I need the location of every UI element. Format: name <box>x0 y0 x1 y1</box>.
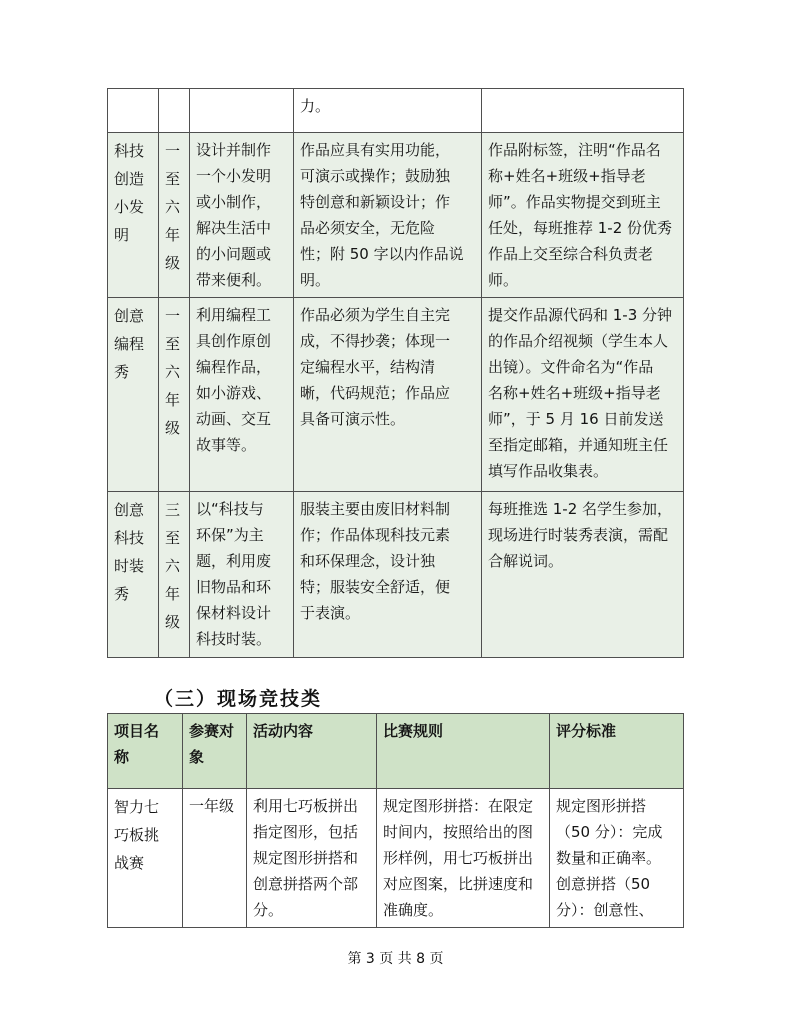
grade-range-cell: 一 至 六 年 级 <box>159 298 190 492</box>
table-row-continuation: 力。 <box>108 89 684 133</box>
table-cell: 力。 <box>294 89 482 133</box>
activity-content-cell: 利用编程工 具创作原创 编程作品， 如小游戏、 动画、交互 故事等。 <box>190 298 294 492</box>
submission-cell: 作品附标签，注明“作品名 称+姓名+班级+指导老 师”。作品实物提交到班主 任处… <box>482 133 684 298</box>
project-name-cell: 智力七 巧板挑 战赛 <box>108 789 183 928</box>
table-row-tangram-challenge: 智力七 巧板挑 战赛 一年级 利用七巧板拼出 指定图形，包括 规定图形拼搭和 创… <box>108 789 684 928</box>
table-cell <box>190 89 294 133</box>
project-name-cell: 科技 创造 小发 明 <box>108 133 159 298</box>
section-heading: （三）现场竞技类 <box>154 684 322 711</box>
project-name-cell: 创意 科技 时装 秀 <box>108 492 159 658</box>
table-cell <box>108 89 159 133</box>
activity-content-cell: 设计并制作 一个小发明 或小制作， 解决生活中 的小问题或 带来便利。 <box>190 133 294 298</box>
column-header-project-name: 项目名 称 <box>108 714 183 789</box>
competition-rules-cell: 规定图形拼搭：在限定 时间内，按照给出的图 形样例，用七巧板拼出 对应图案，比拼… <box>377 789 550 928</box>
scoring-criteria-cell: 规定图形拼搭 （50 分）：完成 数量和正确率。 创意拼搭（50 分）：创意性、 <box>550 789 684 928</box>
grade-range-cell: 三 至 六 年 级 <box>159 492 190 658</box>
table-row-tech-fashion: 创意 科技 时装 秀 三 至 六 年 级 以“科技与 环保”为主 题，利用废 旧… <box>108 492 684 658</box>
column-header-participants: 参赛对 象 <box>183 714 247 789</box>
table-row-creative-coding: 创意 编程 秀 一 至 六 年 级 利用编程工 具创作原创 编程作品， 如小游戏… <box>108 298 684 492</box>
requirements-cell: 作品必须为学生自主完 成，不得抄袭；体现一 定编程水平，结构清 晰，代码规范；作… <box>294 298 482 492</box>
column-header-competition-rules: 比赛规则 <box>377 714 550 789</box>
table-row-tech-invention: 科技 创造 小发 明 一 至 六 年 级 设计并制作 一个小发明 或小制作， 解… <box>108 133 684 298</box>
submission-cell: 每班推选 1-2 名学生参加， 现场进行时装秀表演，需配 合解说词。 <box>482 492 684 658</box>
requirements-cell: 作品应具有实用功能， 可演示或操作；鼓励独 特创意和新颖设计；作 品必须安全，无… <box>294 133 482 298</box>
onsite-competition-table: 项目名 称 参赛对 象 活动内容 比赛规则 评分标准 智力七 巧板挑 战赛 一年… <box>107 713 684 928</box>
activity-content-cell: 利用七巧板拼出 指定图形，包括 规定图形拼搭和 创意拼搭两个部 分。 <box>247 789 377 928</box>
submitted-works-table: 力。 科技 创造 小发 明 一 至 六 年 级 设计并制作 一个小发明 或小制作… <box>107 88 684 658</box>
project-name-cell: 创意 编程 秀 <box>108 298 159 492</box>
requirements-cell: 服装主要由废旧材料制 作；作品体现科技元素 和环保理念，设计独 特；服装安全舒适… <box>294 492 482 658</box>
table-cell <box>159 89 190 133</box>
column-header-scoring-criteria: 评分标准 <box>550 714 684 789</box>
column-header-activity-content: 活动内容 <box>247 714 377 789</box>
table-cell <box>482 89 684 133</box>
page-number: 第 3 页 共 8 页 <box>0 948 791 968</box>
participants-cell: 一年级 <box>183 789 247 928</box>
submission-cell: 提交作品源代码和 1-3 分钟 的作品介绍视频（学生本人 出镜）。文件命名为“作… <box>482 298 684 492</box>
table-header-row: 项目名 称 参赛对 象 活动内容 比赛规则 评分标准 <box>108 714 684 789</box>
document-page: 力。 科技 创造 小发 明 一 至 六 年 级 设计并制作 一个小发明 或小制作… <box>0 0 791 1024</box>
activity-content-cell: 以“科技与 环保”为主 题，利用废 旧物品和环 保材料设计 科技时装。 <box>190 492 294 658</box>
grade-range-cell: 一 至 六 年 级 <box>159 133 190 298</box>
